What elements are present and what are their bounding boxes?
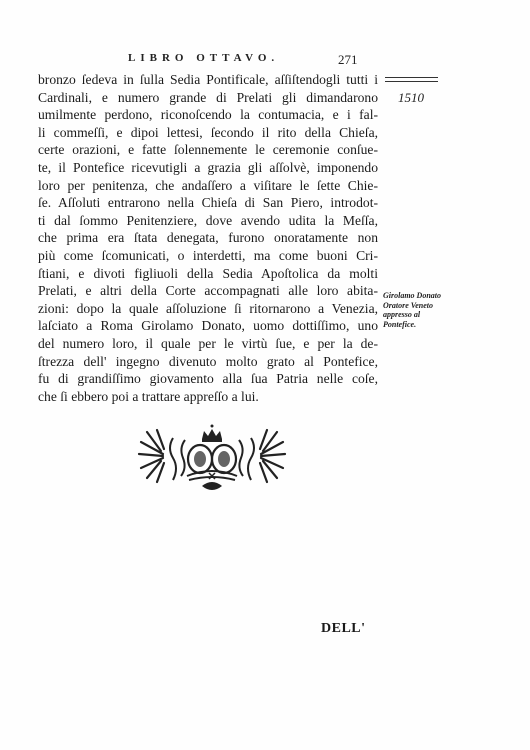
text-line: del numero loro, il quale per le virtù ſ… bbox=[38, 335, 378, 353]
text-line: zioni: dopo la quale aſſoluzione ſi rito… bbox=[38, 300, 378, 318]
text-line: te, il Pontefice ricevutigli a grazia gl… bbox=[38, 159, 378, 177]
text-line: certe orazioni, e fatte ſolennemente le … bbox=[38, 141, 378, 159]
text-line: li commeſſi, e dipoi lettesi, ſecondo il… bbox=[38, 124, 378, 142]
marginal-year: 1510 bbox=[398, 90, 424, 106]
text-line: laſciato a Roma Girolamo Donato, uomo do… bbox=[38, 317, 378, 335]
text-line: ti dal ſommo Penitenziere, dove avendo u… bbox=[38, 212, 378, 230]
text-line: Cardinali, e numero grande di Prelati gl… bbox=[38, 89, 378, 107]
body-text: bronzo ſedeva in ſulla Sedia Pontificale… bbox=[38, 71, 378, 405]
running-head: LIBRO OTTAVO. bbox=[128, 52, 279, 64]
marginal-rule bbox=[385, 77, 438, 82]
book-page: LIBRO OTTAVO. 271 1510 bronzo ſedeva in … bbox=[0, 0, 530, 750]
text-line: loro per penitenza, che andaſſero a viſi… bbox=[38, 177, 378, 195]
text-line: più come ſcomunicati, o interdetti, ma c… bbox=[38, 247, 378, 265]
catchword: DELL' bbox=[321, 621, 366, 637]
text-line: ſe. Aſſoluti entrarono nella Chieſa di S… bbox=[38, 194, 378, 212]
text-line: ſtrezza dell' ingegno divenuto molto gra… bbox=[38, 353, 378, 371]
text-line: Prelati, e altri della Corte accompagnat… bbox=[38, 282, 378, 300]
marginal-note: Girolamo Donato Oratore Veneto appresso … bbox=[383, 291, 445, 329]
page-number: 271 bbox=[338, 52, 358, 68]
text-line: bronzo ſedeva in ſulla Sedia Pontificale… bbox=[38, 71, 378, 89]
printer-ornament-icon bbox=[137, 418, 287, 494]
text-line: fu di grandiſſimo giovamento alla ſua Pa… bbox=[38, 370, 378, 388]
text-line: che ſi ebbero poi a trattare appreſſo a … bbox=[38, 388, 378, 406]
text-line: ſtiani, e divoti figliuoli della Sedia A… bbox=[38, 265, 378, 283]
text-line: umilmente perdono, riconoſcendo la contu… bbox=[38, 106, 378, 124]
text-line: che prima era ſtata denegata, furono ono… bbox=[38, 229, 378, 247]
